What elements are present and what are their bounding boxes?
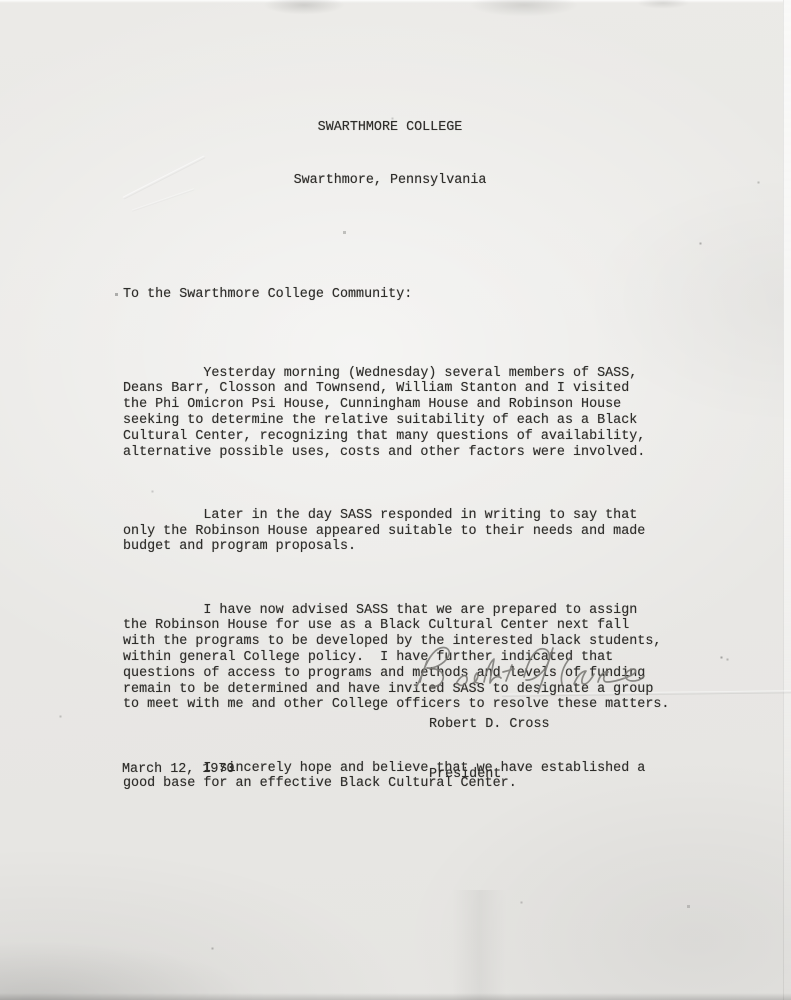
scan-top-edge <box>0 0 791 3</box>
top-smudge <box>468 0 580 17</box>
top-smudge <box>636 0 690 9</box>
corner-shading <box>0 940 260 1000</box>
salutation: To the Swarthmore College Community: <box>123 287 693 303</box>
letterhead-location: Swarthmore, Pennsylvania <box>0 172 780 190</box>
scan-bottom-shadow <box>0 993 791 1000</box>
letter-body: To the Swarthmore College Community: Yes… <box>123 255 693 824</box>
signer-name: Robert D. Cross <box>429 717 550 734</box>
paragraph-2: Later in the day SASS responded in writi… <box>123 508 693 555</box>
paragraph-1: Yesterday morning (Wednesday) several me… <box>123 366 693 461</box>
letterhead: SWARTHMORE COLLEGE Swarthmore, Pennsylva… <box>0 84 780 207</box>
signer-title: President <box>429 767 550 784</box>
paper-right-edge <box>783 0 791 1000</box>
letterhead-college: SWARTHMORE COLLEGE <box>0 119 780 137</box>
dust-specks <box>0 0 1 1</box>
top-smudge <box>262 0 346 15</box>
signature-block: Robert D. Cross President <box>429 684 550 800</box>
paper-streak <box>452 890 507 1000</box>
scanned-letter-page: { "letter": { "letterhead": { "college":… <box>0 0 791 1000</box>
letter-date: March 12, 1970 <box>122 762 235 777</box>
